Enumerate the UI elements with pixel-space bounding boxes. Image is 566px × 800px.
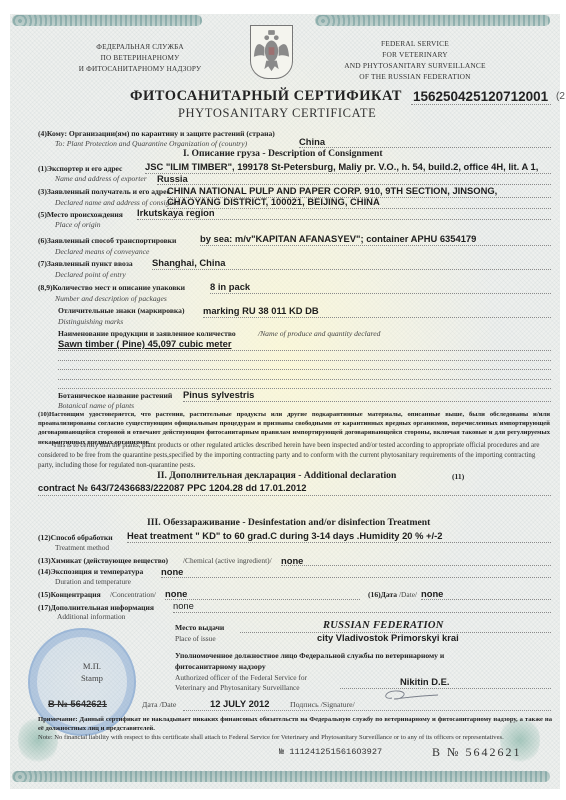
top-ornament-band-left <box>12 15 202 26</box>
issue-date-value: 12 JULY 2012 <box>210 698 269 709</box>
botanical-underline <box>183 401 551 402</box>
exporter-line-1: JSC "ILIM TIMBER", 199178 St-Petersburg,… <box>145 161 538 172</box>
origin-label-en: Place of origin <box>55 220 101 229</box>
duration-underline <box>161 577 551 578</box>
to-label-ru: (4)Кому: Организации(ям) по карантину и … <box>38 129 275 138</box>
agency-name-ru: ФЕДЕРАЛЬНАЯ СЛУЖБА ПО ВЕТЕРИНАРНОМУ И ФИ… <box>60 42 220 75</box>
packages-underline <box>210 293 551 294</box>
concentration-label-ru: (15)Концентрация <box>38 590 101 599</box>
coat-of-arms-icon <box>250 25 293 79</box>
bottom-ornament-band <box>12 771 550 782</box>
treatment-method-label-ru: (12)Способ обработки <box>38 533 113 542</box>
signature-label: Подпись /Signature/ <box>290 700 355 709</box>
conveyance-label-en: Declared means of conveyance <box>55 247 149 256</box>
origin-label-ru: (5)Место происхождения <box>38 210 123 219</box>
certificate-number-underline <box>411 104 551 105</box>
authorized-officer-label-en-2: Veterinary and Phytosanitary Surveillanc… <box>175 683 300 692</box>
duration-value: none <box>161 566 183 577</box>
top-ornament-band-right <box>315 15 550 26</box>
place-of-issue-label-ru: Место выдачи <box>175 623 224 632</box>
treatment-method-label-en: Treatment method <box>55 543 109 552</box>
certificate-number-suffix: (2 <box>556 91 565 102</box>
place-of-issue-country: RUSSIAN FEDERATION <box>323 620 444 631</box>
produce-underline-3 <box>58 369 551 370</box>
marks-label-en: Distinguishing marks <box>58 317 123 326</box>
certificate-title-en: PHYTOSANITARY CERTIFICATE <box>178 106 376 121</box>
section-3-title: III. Обеззараживание - Desinfestation an… <box>147 517 430 528</box>
to-country-value: China <box>299 136 325 147</box>
botanical-value: Pinus sylvestris <box>183 389 254 400</box>
consignee-line-1: CHINA NATIONAL PULP AND PAPER CORP. 910,… <box>167 185 497 196</box>
stamp-blank-number: В № 5642621 <box>48 698 107 709</box>
treatment-method-underline <box>127 542 551 543</box>
consignee-underline-2 <box>167 208 551 209</box>
exporter-label-en: Name and address of exporter <box>55 174 147 183</box>
exporter-underline-1 <box>145 173 551 174</box>
treatment-date-label-en: /Date/ <box>399 590 417 599</box>
consignee-line-2: CHAOYANG DISTRICT, 100021, BEIJING, CHIN… <box>167 196 380 207</box>
authorized-officer-label-en-1: Authorized officer of the Federal Servic… <box>175 673 307 682</box>
produce-underline-5 <box>58 388 551 389</box>
consignee-label-ru: (3)Заявленный получатель и его адрес <box>38 187 170 196</box>
packages-value: 8 in pack <box>210 281 250 292</box>
treatment-date-label-ru: (16)Дата <box>368 590 397 599</box>
treatment-method-value: Heat treatment " KD" to 60 grad.C during… <box>127 530 442 541</box>
additional-info-label-ru: (17)Дополнительная информация <box>38 603 154 612</box>
additional-info-value: none <box>173 600 194 611</box>
form-blank-number: В № 5642621 <box>432 745 521 760</box>
produce-underline-1 <box>58 350 551 351</box>
exporter-label-ru: (1)Экспортер и его адрес <box>38 164 122 173</box>
issue-date-label: Дата /Date <box>142 700 176 709</box>
treatment-date-underline <box>421 599 551 600</box>
to-label-en: To: Plant Protection and Quarantine Orga… <box>55 139 247 148</box>
officer-name: Nikitin D.E. <box>400 676 449 687</box>
marks-label-ru: Отличительные знаки (маркировка) <box>58 306 185 315</box>
conveyance-value: by sea: m/v"KAPITAN AFANASYEV"; containe… <box>200 233 476 244</box>
chemical-label-en: /Chemical (active ingredient)/ <box>183 556 272 565</box>
duration-label-en: Duration and temperature <box>55 577 131 586</box>
date-signature-underline <box>183 710 551 711</box>
entry-point-value: Shanghai, China <box>152 257 225 268</box>
officer-name-underline <box>340 688 551 689</box>
botanical-label-en: Botanical name of plants <box>58 401 134 410</box>
entry-point-label-ru: (7)Заявленный пункт ввоза <box>38 259 133 268</box>
certificate-title-ru: ФИТОСАНИТАРНЫЙ СЕРТИФИКАТ <box>130 88 402 105</box>
conveyance-underline <box>200 245 551 246</box>
origin-underline <box>137 219 551 220</box>
section-1-title: I. Описание груза - Description of Consi… <box>183 148 383 159</box>
consignee-label-en: Declared name and address of consignee <box>55 198 180 207</box>
footer-note-ru: Примечание: Данный сертификат не наклады… <box>38 716 552 733</box>
certification-text-en: This is to certify that the plants, plan… <box>38 441 550 470</box>
agency-name-en: FEDERAL SERVICE FOR VETERINARY AND PHYTO… <box>330 38 500 82</box>
place-of-issue-city: city Vladivostok Primorskyi krai <box>317 632 459 643</box>
origin-value: Irkutskaya region <box>137 207 215 218</box>
stamp-label: М.П. Stamp <box>72 660 112 684</box>
place-of-issue-label-en: Place of issue <box>175 634 216 643</box>
duration-label-ru: (14)Экспозиция и температура <box>38 567 143 576</box>
certificate-number: 156250425120712001 <box>413 89 548 104</box>
authorized-officer-label-ru: Уполномоченное должностное лицо Федераль… <box>175 650 475 672</box>
signature-scribble <box>380 688 440 704</box>
concentration-value: none <box>165 588 187 599</box>
additional-declaration-underline <box>38 495 551 496</box>
produce-underline-4 <box>58 379 551 380</box>
treatment-date-value: none <box>421 588 443 599</box>
marks-value: marking RU 38 011 KD DB <box>203 305 319 316</box>
conveyance-label-ru: (6)Заявленный способ транспортировки <box>38 236 176 245</box>
chemical-underline <box>281 565 551 566</box>
produce-underline-2 <box>58 360 551 361</box>
section-2-title: II. Дополнительная декларация - Addition… <box>157 470 396 481</box>
concentration-underline <box>165 599 360 600</box>
section-2-number: (11) <box>452 472 464 481</box>
produce-label-en: /Name of produce and quantity declared <box>258 329 380 338</box>
chemical-label-ru: (13)Химикат (действующее вещество) <box>38 556 168 565</box>
produce-value: Sawn timber ( Pine) 45,097 cubic meter <box>58 338 232 349</box>
botanical-label-ru: Ботаническое название растений <box>58 391 172 400</box>
entry-point-label-en: Declared point of entry <box>55 270 126 279</box>
produce-label-ru: Наименование продукции и заявленное коли… <box>58 329 236 338</box>
concentration-label-en: /Concentration/ <box>110 590 156 599</box>
footer-note-en: Note: No financial liability with respec… <box>38 733 552 742</box>
additional-info-label-en: Additional information <box>57 612 125 621</box>
additional-info-underline <box>173 612 551 613</box>
additional-declaration-value: contract № 643/72436683/222087 PPC 1204.… <box>38 482 306 493</box>
form-serial-number: № 1112412515616О3927 <box>279 747 382 757</box>
exporter-line-2: Russia <box>157 173 188 184</box>
entry-point-underline <box>152 269 551 270</box>
packages-label-ru: (8,9)Количество мест и описание упаковки <box>38 283 185 292</box>
marks-underline <box>203 317 551 318</box>
packages-label-en: Number and description of packages <box>55 294 167 303</box>
